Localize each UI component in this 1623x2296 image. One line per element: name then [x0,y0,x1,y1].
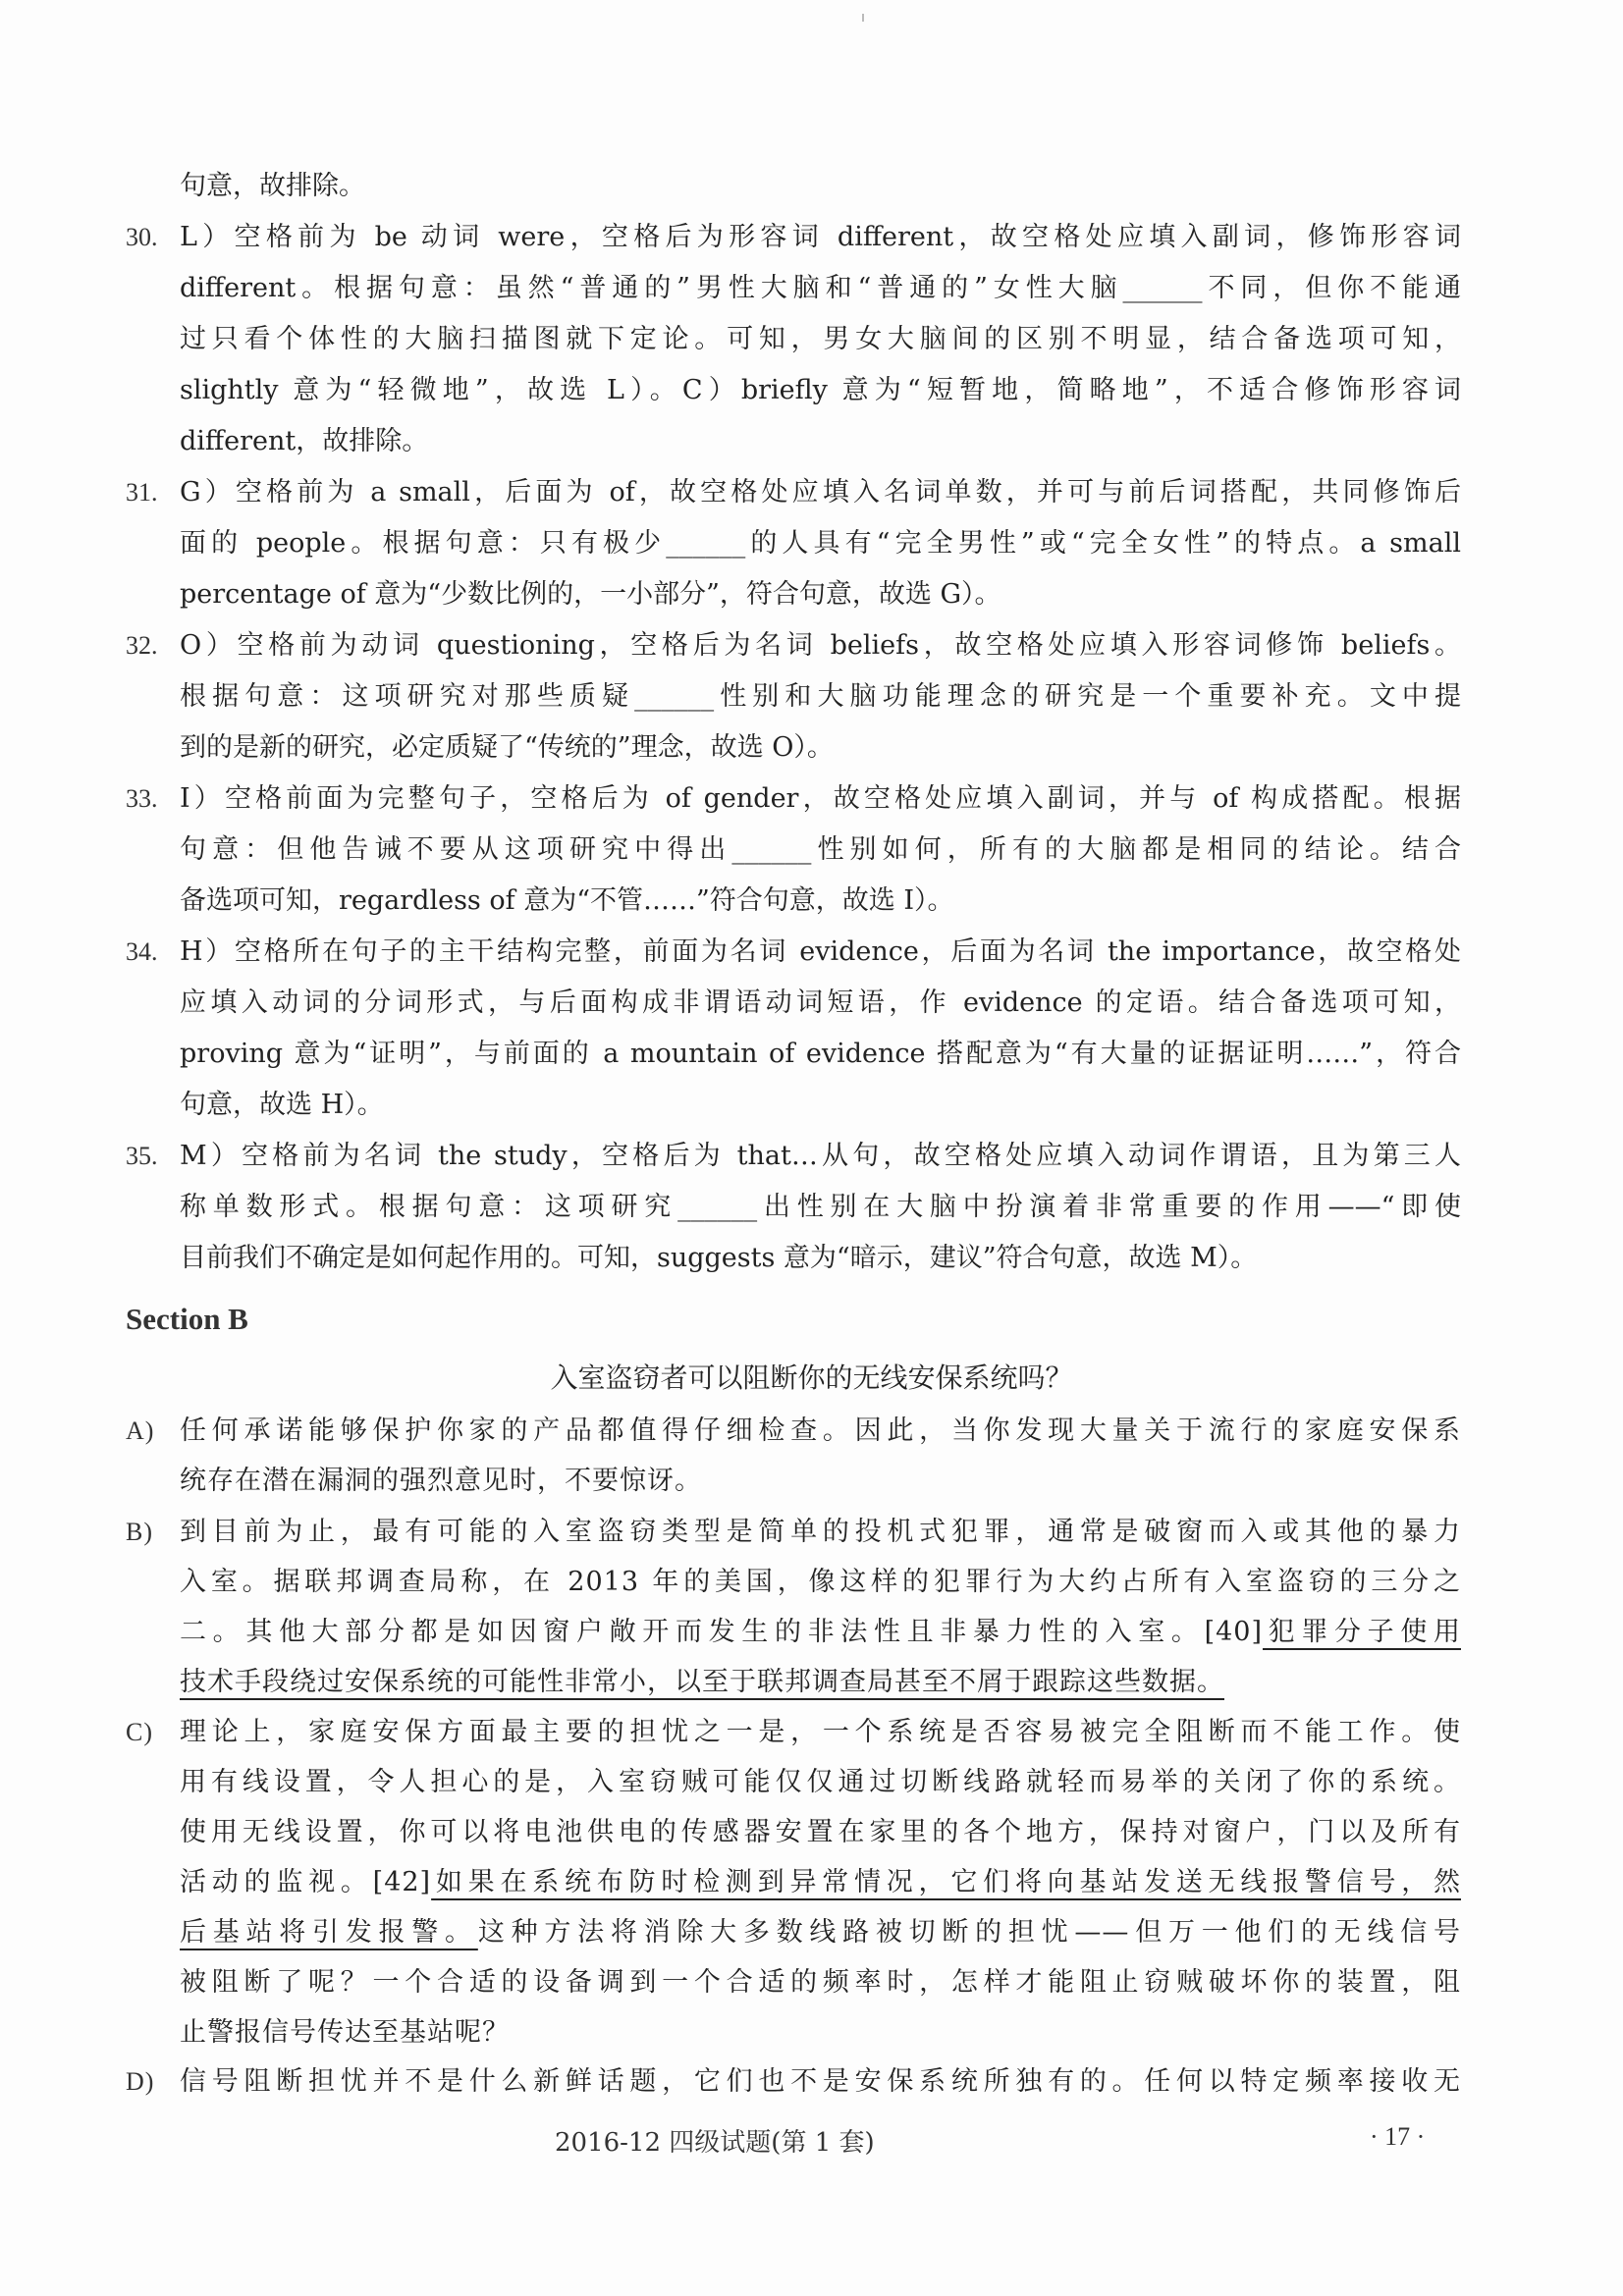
paragraph-line: 使用无线设置，你可以将电池供电的传感器安置在家里的各个地方，保持对窗户，门以及所… [180,1807,1461,1857]
explanation-line: 应填入动词的分词形式，与后面构成非谓语动词短语，作 evidence 的定语。结… [180,978,1461,1029]
explanation-line: G）空格前为 a small，后面为 of，故空格处应填入名词单数，并可与前后词… [180,467,1461,518]
article-title: 入室盗窃者可以阻断你的无线安保系统吗？ [0,1357,1623,1396]
explanation-line: M）空格前为名词 the study，空格后为 that…从句，故空格处应填入动… [180,1131,1461,1182]
explanation-line: slightly 意为“轻微地”，故选 L）。C）briefly 意为“短暂地，… [180,365,1461,416]
item-number: 30. [126,212,158,263]
explanation-line: 句意，故选 H）。 [180,1080,1461,1131]
item-number: 33. [126,774,158,825]
paragraph-line: 活动的监视。[42]如果在系统布防时检测到异常情况，它们将向基站发送无线报警信号… [180,1857,1461,1907]
paragraph-a: A)任何承诺能够保护你家的产品都值得仔细检查。因此，当你发现大量关于流行的家庭安… [126,1406,1461,1506]
paragraph-label: C) [126,1707,153,1757]
item-number: 35. [126,1131,158,1182]
explanation-line: 目前我们不确定是如何起作用的。可知，suggests 意为“暗示，建议”符合句意… [180,1233,1461,1284]
paragraph-line: 二。其他大部分都是如因窗户敞开而发生的非法性且非暴力性的入室。[40]犯罪分子使… [180,1607,1461,1657]
paragraph-c: C)理论上，家庭安保方面最主要的担忧之一是，一个系统是否容易被完全阻断而不能工作… [126,1707,1461,2057]
paragraph-label: D) [126,2056,154,2107]
underlined-answer-sentence: 如果在系统布防时检测到异常情况，它们将向基站发送无线报警信号，然 [431,1867,1461,1897]
question-marker-42: [42] [373,1867,431,1897]
paragraph-line: 统存在潜在漏洞的强烈意见时，不要惊讶。 [180,1456,1461,1506]
explanation-line: 根据句意：这项研究对那些质疑______性别和大脑功能理念的研究是一个重要补充。… [180,671,1461,722]
scan-speck [862,14,864,22]
paragraph-line: 理论上，家庭安保方面最主要的担忧之一是，一个系统是否容易被完全阻断而不能工作。使 [180,1707,1461,1757]
explanation-line: 过只看个体性的大脑扫描图就下定论。可知，男女大脑间的区别不明显，结合备选项可知， [180,314,1461,365]
explanation-line: proving 意为“证明”，与前面的 a mountain of eviden… [180,1029,1461,1080]
question-marker-40: [40] [1205,1617,1263,1647]
explanation-line: 面的 people。根据句意：只有极少______的人具有“完全男性”或“完全女… [180,518,1461,569]
item-number: 34. [126,927,158,978]
explanation-line: different。根据句意：虽然“普通的”男性大脑和“普通的”女性大脑____… [180,263,1461,314]
document-page: 句意，故排除。 30.L）空格前为 be 动词 were，空格后为形容词 dif… [0,0,1623,2296]
page-number: · 17 · [1370,2122,1425,2152]
explanation-line: I）空格前面为完整句子，空格后为 of gender，故空格处应填入副词，并与 … [180,774,1461,825]
explanation-line: L）空格前为 be 动词 were，空格后为形容词 different，故空格处… [180,212,1461,263]
explanation-line: H）空格所在句子的主干结构完整，前面为名词 evidence，后面为名词 the… [180,927,1461,978]
paragraph-label: A) [126,1406,154,1456]
exam-label: 2016-12 四级试题(第 1 套) [555,2122,875,2159]
section-heading: Section B [126,1302,248,1337]
paragraph-d: D)信号阻断担忧并不是什么新鲜话题，它们也不是安保系统所独有的。任何以特定频率接… [126,2056,1461,2107]
answer-item-30: 30.L）空格前为 be 动词 were，空格后为形容词 different，故… [126,212,1461,467]
item-number: 32. [126,620,158,671]
paragraph-line: 止警报信号传达至基站呢？ [180,2007,1461,2057]
explanation-line: 句意：但他告诫不要从这项研究中得出______性别如何，所有的大脑都是相同的结论… [180,825,1461,876]
carry-over-block: 句意，故排除。 [126,161,1461,212]
paragraph-line: 信号阻断担忧并不是什么新鲜话题，它们也不是安保系统所独有的。任何以特定频率接收无 [180,2056,1461,2107]
explanation-line: 到的是新的研究，必定质疑了“传统的”理念，故选 O）。 [180,722,1461,774]
answer-item-32: 32.O）空格前为动词 questioning，空格后为名词 beliefs，故… [126,620,1461,774]
underlined-answer-sentence: 后基站将引发报警。 [180,1917,478,1948]
answer-item-31: 31.G）空格前为 a small，后面为 of，故空格处应填入名词单数，并可与… [126,467,1461,620]
paragraph-line: 被阻断了呢？一个合适的设备调到一个合适的频率时，怎样才能阻止窃贼破坏你的装置，阻 [180,1957,1461,2007]
paragraph-line: 后基站将引发报警。这种方法将消除大多数线路被切断的担忧——但万一他们的无线信号 [180,1907,1461,1957]
paragraph-line: 入室。据联邦调查局称，在 2013 年的美国，像这样的犯罪行为大约占所有入室盗窃… [180,1557,1461,1607]
explanation-line: different，故排除。 [180,416,1461,467]
answer-item-35: 35.M）空格前为名词 the study，空格后为 that…从句，故空格处应… [126,1131,1461,1284]
explanation-line: 称单数形式。根据句意：这项研究______出性别在大脑中扮演着非常重要的作用——… [180,1182,1461,1233]
paragraph-label: B) [126,1507,153,1557]
carry-over-line: 句意，故排除。 [126,161,1461,212]
paragraph-line: 到目前为止，最有可能的入室盗窃类型是简单的投机式犯罪，通常是破窗而入或其他的暴力 [180,1507,1461,1557]
item-number: 31. [126,467,158,518]
underlined-answer-sentence: 犯罪分子使用 [1263,1617,1461,1647]
explanation-line: O）空格前为动词 questioning，空格后为名词 beliefs，故空格处… [180,620,1461,671]
answer-item-33: 33.I）空格前面为完整句子，空格后为 of gender，故空格处应填入副词，… [126,774,1461,927]
underlined-answer-sentence: 技术手段绕过安保系统的可能性非常小，以至于联邦调查局甚至不屑于跟踪这些数据。 [180,1657,1461,1707]
answer-item-34: 34.H）空格所在句子的主干结构完整，前面为名词 evidence，后面为名词 … [126,927,1461,1131]
paragraph-b: B)到目前为止，最有可能的入室盗窃类型是简单的投机式犯罪，通常是破窗而入或其他的… [126,1507,1461,1707]
explanation-line: percentage of 意为“少数比例的，一小部分”，符合句意，故选 G）。 [180,569,1461,620]
paragraph-line: 任何承诺能够保护你家的产品都值得仔细检查。因此，当你发现大量关于流行的家庭安保系 [180,1406,1461,1456]
paragraph-line: 用有线设置，令人担心的是，入室窃贼可能仅仅通过切断线路就轻而易举的关闭了你的系统… [180,1757,1461,1807]
explanation-line: 备选项可知，regardless of 意为“不管……”符合句意，故选 I）。 [180,876,1461,927]
